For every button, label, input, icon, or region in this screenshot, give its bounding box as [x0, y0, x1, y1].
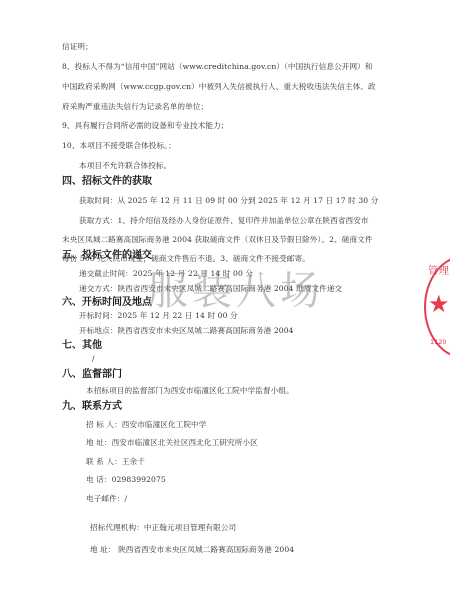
text-line: 中国政府采购网（www.ccgp.gov.cn）中被列入失信被执行人、重大税收违…: [62, 82, 376, 92]
section-heading: 四、招标文件的获取: [62, 175, 152, 188]
star-icon: ★: [428, 292, 450, 316]
text-line: 10、本项目不接受联合体投标。；: [62, 141, 176, 151]
text-line: 本项目不允许联合体投标。: [79, 161, 171, 171]
acquisition-time: 获取时间：从 2025 年 12 月 11 日 09 时 00 分到 2025 …: [79, 196, 378, 206]
phone: 电 话：02983992075: [86, 475, 166, 485]
email: 电子邮件：/: [86, 494, 127, 504]
section-heading: 九、联系方式: [62, 400, 122, 413]
text-line: 信证明；: [62, 42, 93, 52]
acquisition-method: 获取方式：1、持介绍信及经办人身份证原件、复印件并加盖单位公章在陕西省西安市: [79, 216, 369, 226]
section-heading: 八、监督部门: [62, 368, 122, 381]
supervision-content: 本招标项目的监督部门为西安市临潼区化工院中学监督小组。: [86, 386, 294, 396]
text-line: 府采购严重违法失信行为记录名单的单位；: [62, 102, 208, 112]
text-line: 9、具有履行合同所必需的设备和专业技术能力；: [62, 121, 229, 131]
opening-place: 开标地点：陕西省西安市未央区凤城二路赛高国际商务港 2004: [79, 326, 294, 336]
watermark: 服装八场: [148, 268, 324, 314]
agency: 招标代理机构：中正翰元项目管理有限公司: [90, 523, 236, 533]
acquisition-method: 未央区凤城二路赛高国际商务港 2004 获取磋商文件（双休日及节假日除外）。2、…: [62, 235, 373, 245]
seal-text: 管理: [428, 262, 450, 277]
section-heading: 五、投标文件的递交: [62, 249, 152, 262]
contact-person: 联 系 人：王余千: [86, 457, 145, 467]
section-heading: 七、其他: [62, 339, 102, 352]
tenderer-address: 地 址：西安市临潼区北关社区西北化工研究所小区: [86, 438, 258, 448]
seal-number: 1120: [430, 338, 447, 346]
text-line: 8、投标人不得为“信用中国”网站（www.creditchina.gov.cn）…: [62, 62, 373, 72]
document-page: 信证明； 8、投标人不得为“信用中国”网站（www.creditchina.go…: [0, 0, 450, 600]
agency-address: 地 址： 陕西省西安市未央区凤城二路赛高国际商务港 2004: [90, 545, 294, 555]
tenderer: 招 标 人：西安市临潼区化工院中学: [86, 420, 206, 430]
other-content: /: [92, 354, 95, 364]
section-heading: 六、开标时间及地点: [62, 296, 152, 309]
